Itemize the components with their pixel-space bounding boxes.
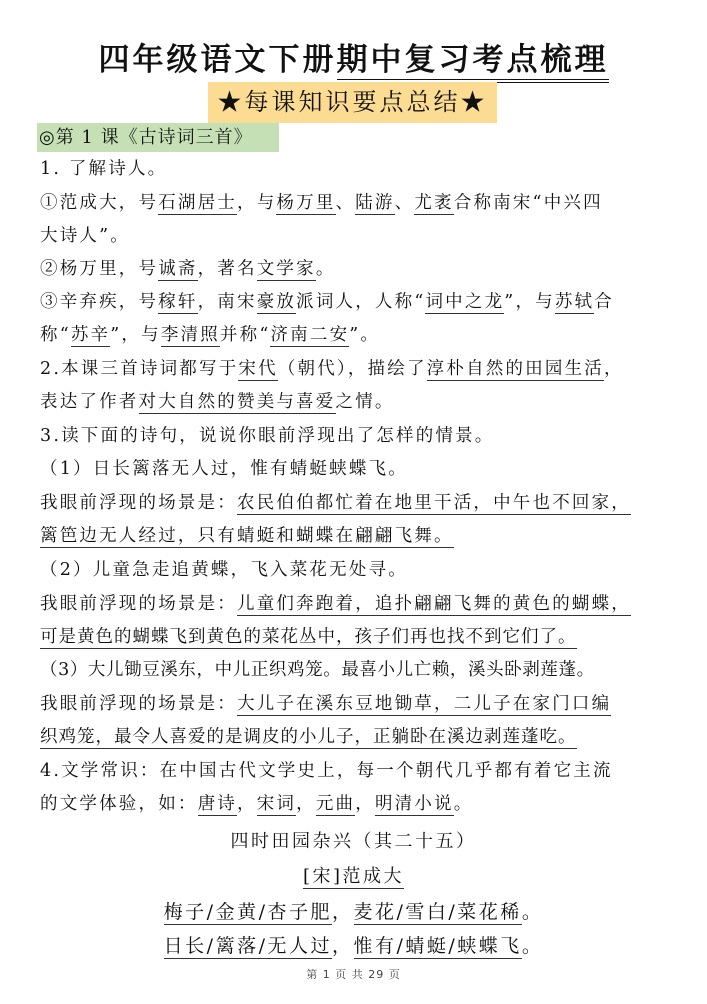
text: 之情。 bbox=[336, 392, 395, 412]
item-4-cont: 的文学体验，如：唐诗，宋词，元曲，明清小说。 bbox=[40, 792, 670, 816]
poem-author-name: 范成大 bbox=[343, 866, 405, 889]
text: 并称“ bbox=[220, 325, 271, 345]
answer-3-cont: 织鸡笼，最令人喜爱的是调皮的小儿子，正躺卧在溪边剥莲蓬吃。 bbox=[40, 725, 670, 749]
text: ，著名 bbox=[198, 259, 257, 279]
item-4: 4.文学常识：在中国古代文学史上，每一个朝代几乎都有着它主流 bbox=[40, 759, 670, 783]
answer-1-cont: 篱笆边无人经过，只有蜻蜓和蝴蝶在翩翩飞舞。 bbox=[40, 524, 670, 548]
text: ， bbox=[604, 359, 624, 379]
text: ， bbox=[237, 794, 257, 814]
text: 派词人，人称“ bbox=[296, 292, 425, 312]
key-term: 苏辛 bbox=[71, 325, 110, 347]
text: ①范成大，号 bbox=[40, 193, 158, 213]
key-term: 宋代 bbox=[238, 359, 277, 381]
poem-phrase: 日长/篱落/无人过 bbox=[164, 935, 332, 959]
answer-text: 可是黄色的蝴蝶飞到黄色的菜花丛中，孩子们再也找不到它们了。 bbox=[40, 627, 577, 649]
poem-phrase: 惟有/蜻蜓/蛱蝶飞 bbox=[354, 935, 522, 959]
answer-prefix: 我眼前浮现的场景是： bbox=[40, 594, 237, 614]
text: ， bbox=[296, 794, 316, 814]
key-term: 济南二安 bbox=[270, 325, 349, 347]
key-term: 淳朴自然的田园生活 bbox=[427, 359, 604, 381]
text: （朝代），描绘了 bbox=[278, 359, 427, 379]
page-number: 第 1 页 共 29 页 bbox=[0, 966, 707, 982]
answer-text: 大儿子在溪东豆地锄草，二儿子在家门口编 bbox=[237, 694, 611, 716]
text: 。 bbox=[522, 901, 544, 923]
question-3: （3）大儿锄豆溪东，中儿正织鸡笼。最喜小儿亡赖，溪头卧剥莲蓬。 bbox=[40, 658, 670, 682]
item-1-heading: 1. 了解诗人。 bbox=[40, 157, 670, 181]
text: ，南宋 bbox=[198, 292, 257, 312]
key-term: 宋词 bbox=[257, 794, 296, 816]
poet-xin-qiji-cont: 称“苏辛”，与李清照并称“济南二安”。 bbox=[40, 323, 670, 347]
answer-prefix: 我眼前浮现的场景是： bbox=[40, 493, 237, 513]
key-term: 词中之龙 bbox=[425, 292, 504, 314]
key-term: 陆游 bbox=[355, 193, 394, 215]
answer-text: 篱笆边无人经过，只有蜻蜓和蝴蝶在翩翩飞舞。 bbox=[40, 526, 454, 548]
text: ”。 bbox=[349, 325, 380, 345]
key-term: 对大自然的赞美与喜爱 bbox=[139, 392, 336, 414]
text: 。 bbox=[522, 935, 544, 957]
section-banner: ★每课知识要点总结★ bbox=[208, 82, 497, 123]
text: ， bbox=[355, 794, 375, 814]
poem-author: [宋]范成大 bbox=[0, 864, 707, 890]
question-1: （1）日长篱落无人过，惟有蜻蜓蛱蝶飞。 bbox=[40, 457, 670, 481]
text: ③辛弃疾，号 bbox=[40, 292, 158, 312]
key-term: 稼轩 bbox=[158, 292, 197, 314]
answer-text: 儿童们奔跑着，追扑翩翩飞舞的黄色的蝴蝶， bbox=[237, 594, 631, 616]
poem-title: 四时田园杂兴（其二十五） bbox=[0, 829, 707, 855]
text: 的文学体验，如： bbox=[40, 794, 198, 814]
text: ”，与 bbox=[504, 292, 555, 312]
key-term: 苏轼 bbox=[555, 292, 594, 314]
title-plain: 四年级语文下册 bbox=[99, 42, 337, 78]
poet-fan-chengda-cont: 大诗人”。 bbox=[40, 224, 670, 248]
key-term: 杨万里 bbox=[276, 193, 335, 215]
poem-line-1: 梅子/金黄/杏子肥，麦花/雪白/菜花稀。 bbox=[0, 899, 707, 925]
answer-2: 我眼前浮现的场景是：儿童们奔跑着，追扑翩翩飞舞的黄色的蝴蝶， bbox=[40, 592, 670, 616]
text: ， bbox=[332, 935, 354, 957]
key-term: 元曲 bbox=[316, 794, 355, 816]
answer-text: 农民伯伯都忙着在地里干活，中午也不回家， bbox=[237, 493, 631, 515]
answer-1: 我眼前浮现的场景是：农民伯伯都忙着在地里干活，中午也不回家， bbox=[40, 491, 670, 515]
answer-3: 我眼前浮现的场景是：大儿子在溪东豆地锄草，二儿子在家门口编 bbox=[40, 692, 670, 716]
item-2: 2.本课三首诗词都写于宋代（朝代），描绘了淳朴自然的田园生活， bbox=[40, 357, 670, 381]
poem-phrase: 梅子/金黄/杏子肥 bbox=[164, 901, 332, 925]
key-term: 尤袤 bbox=[414, 193, 453, 215]
answer-prefix: 我眼前浮现的场景是： bbox=[40, 694, 237, 714]
question-2: （2）儿童急走追黄蝶，飞入菜花无处寻。 bbox=[40, 558, 670, 582]
text: 表达了作者 bbox=[40, 392, 139, 412]
key-term: 唐诗 bbox=[198, 794, 237, 816]
text: 。 bbox=[316, 259, 336, 279]
item-3-heading: 3.读下面的诗句，说说你眼前浮现出了怎样的情景。 bbox=[40, 424, 670, 448]
lesson-header: ◎第 1 课《古诗词三首》 bbox=[37, 123, 279, 152]
page-title: 四年级语文下册期中复习考点梳理 bbox=[0, 38, 707, 82]
text: ， bbox=[332, 901, 354, 923]
document-page: 四年级语文下册期中复习考点梳理 ★每课知识要点总结★ ◎第 1 课《古诗词三首》… bbox=[0, 0, 707, 1004]
key-term: 石湖居士 bbox=[158, 193, 237, 215]
text: 、 bbox=[336, 193, 356, 213]
title-underlined: 期中复习考点梳理 bbox=[337, 42, 609, 83]
poem-dynasty: [宋] bbox=[303, 866, 343, 889]
item-2-cont: 表达了作者对大自然的赞美与喜爱之情。 bbox=[40, 390, 670, 414]
key-term: 文学家 bbox=[257, 259, 316, 281]
text: 合 bbox=[594, 292, 614, 312]
text: ”，与 bbox=[110, 325, 161, 345]
poet-xin-qiji: ③辛弃疾，号稼轩，南宋豪放派词人，人称“词中之龙”，与苏轼合 bbox=[40, 290, 670, 314]
poet-fan-chengda: ①范成大，号石湖居士，与杨万里、陆游、尤袤合称南宋“中兴四 bbox=[40, 191, 670, 215]
poet-yang-wanli: ②杨万里，号诚斋，著名文学家。 bbox=[40, 257, 670, 281]
key-term: 豪放 bbox=[257, 292, 296, 314]
answer-2-cont: 可是黄色的蝴蝶飞到黄色的菜花丛中，孩子们再也找不到它们了。 bbox=[40, 625, 670, 649]
answer-text: 织鸡笼，最令人喜爱的是调皮的小儿子，正躺卧在溪边剥莲蓬吃。 bbox=[40, 727, 577, 749]
key-term: 李清照 bbox=[161, 325, 220, 347]
text: 、 bbox=[395, 193, 415, 213]
text: ，与 bbox=[237, 193, 276, 213]
poem-line-2: 日长/篱落/无人过，惟有/蜻蜓/蛱蝶飞。 bbox=[0, 933, 707, 959]
key-term: 明清小说 bbox=[375, 794, 454, 816]
text: ②杨万里，号 bbox=[40, 259, 158, 279]
text: 称“ bbox=[40, 325, 71, 345]
text: 合称南宋“中兴四 bbox=[454, 193, 603, 213]
text: 。 bbox=[454, 794, 474, 814]
text: 2.本课三首诗词都写于 bbox=[40, 359, 238, 379]
key-term: 诚斋 bbox=[158, 259, 197, 281]
poem-phrase: 麦花/雪白/菜花稀 bbox=[354, 901, 522, 925]
